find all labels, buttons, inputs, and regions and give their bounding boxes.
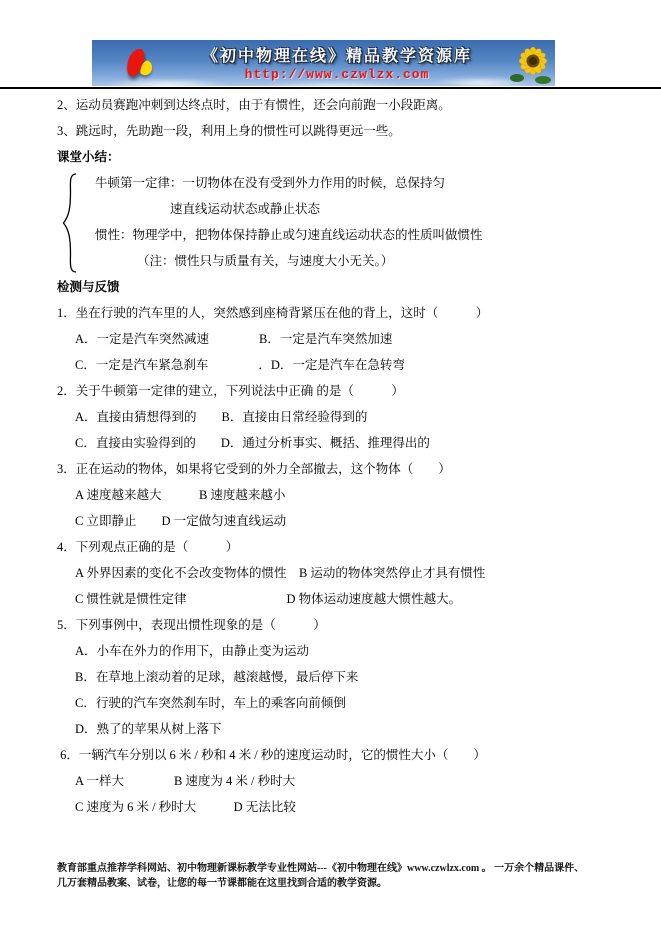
- banner-text: 《初中物理在线》精品教学资源库 http://www.czwlzx.com: [187, 43, 487, 82]
- question-stem: 4．下列观点正确的是（ ）: [57, 534, 609, 560]
- site-banner: 《初中物理在线》精品教学资源库 http://www.czwlzx.com: [92, 40, 555, 86]
- footer-line: 教育部重点推荐学科网站、初中物理新课标教学专业性网站---《初中物理在线》www…: [57, 861, 635, 876]
- footer-line: 几万套精品教案、试卷，让您的每一节课都能在这里找到合适的教学资源。: [57, 876, 635, 891]
- question-block: 5．下列事例中，表现出惯性现象的是（ ） A．小车在外力的作用下，由静止变为运动…: [57, 612, 609, 742]
- summary-line: 惯性：物理学中，把物体保持静止或匀速直线运动状态的性质叫做惯性: [95, 222, 609, 248]
- option-line: A 外界因素的变化不会改变物体的惯性 B 运动的物体突然停止才具有惯性: [57, 560, 609, 586]
- document-body: 2、运动员赛跑冲刺到达终点时，由于有惯性，还会向前跑一小段距离。 3、跳远时，先…: [57, 92, 609, 820]
- option-line: B．在草地上滚动着的足球，越滚越慢，最后停下来: [57, 664, 609, 690]
- option-line: C．一定是汽车紧急刹车 ．D．一定是汽车在急转弯: [57, 352, 609, 378]
- question-stem: 2．关于牛顿第一定律的建立，下列说法中正确 的是（ ）: [57, 378, 609, 404]
- summary-line: 牛顿第一定律：一切物体在没有受到外力作用的时候，总保持匀: [95, 170, 609, 196]
- summary-line: 速直线运动状态或静止状态: [95, 196, 609, 222]
- question-block: 2．关于牛顿第一定律的建立，下列说法中正确 的是（ ） A．直接由猜想得到的 B…: [57, 378, 609, 456]
- intro-line: 2、运动员赛跑冲刺到达终点时，由于有惯性，还会向前跑一小段距离。: [57, 92, 609, 118]
- option-line: C．直接由实验得到的 D．通过分析事实、概括、推理得出的: [57, 430, 609, 456]
- question-block: 6．一辆汽车分别以 6 米 / 秒和 4 米 / 秒的速度运动时，它的惯性大小（…: [57, 742, 609, 820]
- site-logo-icon: [122, 46, 158, 82]
- curly-brace-icon: [61, 172, 79, 274]
- intro-line: 3、跳远时，先助跑一段，利用上身的惯性可以跳得更远一些。: [57, 118, 609, 144]
- question-block: 3．正在运动的物体，如果将它受到的外力全部撤去，这个物体（ ） A 速度越来越大…: [57, 456, 609, 534]
- question-stem: 6．一辆汽车分别以 6 米 / 秒和 4 米 / 秒的速度运动时，它的惯性大小（…: [57, 742, 609, 768]
- option-line: A．一定是汽车突然减速 B．一定是汽车突然加速: [57, 326, 609, 352]
- option-line: A 速度越来越大 B 速度越来越小: [57, 482, 609, 508]
- question-block: 4．下列观点正确的是（ ） A 外界因素的变化不会改变物体的惯性 B 运动的物体…: [57, 534, 609, 612]
- banner-url-link[interactable]: http://www.czwlzx.com: [187, 67, 487, 82]
- section-heading-quiz: 检测与反馈: [57, 274, 609, 300]
- question-stem: 5．下列事例中，表现出惯性现象的是（ ）: [57, 612, 609, 638]
- option-line: D．熟了的苹果从树上落下: [57, 716, 609, 742]
- option-line: C 速度为 6 米 / 秒时大 D 无法比较: [57, 794, 609, 820]
- question-stem: 3．正在运动的物体，如果将它受到的外力全部撤去，这个物体（ ）: [57, 456, 609, 482]
- option-line: C．行驶的汽车突然刹车时，车上的乘客向前倾倒: [57, 690, 609, 716]
- option-line: C 惯性就是惯性定律 D 物体运动速度越大惯性越大。: [57, 586, 609, 612]
- horizontal-rule: [0, 87, 661, 89]
- sunflower-icon: [509, 42, 553, 86]
- section-heading-summary: 课堂小结：: [57, 144, 609, 170]
- option-line: A．小车在外力的作用下，由静止变为运动: [57, 638, 609, 664]
- summary-line: （注：惯性只与质量有关，与速度大小无关。）: [95, 248, 609, 274]
- option-line: C 立即静止 D 一定做匀速直线运动: [57, 508, 609, 534]
- question-block: 1．坐在行驶的汽车里的人，突然感到座椅背紧压在他的背上，这时（ ） A．一定是汽…: [57, 300, 609, 378]
- option-line: A．直接由猜想得到的 B．直接由日常经验得到的: [57, 404, 609, 430]
- question-stem: 1．坐在行驶的汽车里的人，突然感到座椅背紧压在他的背上，这时（ ）: [57, 300, 609, 326]
- summary-brace-block: 牛顿第一定律：一切物体在没有受到外力作用的时候，总保持匀 速直线运动状态或静止状…: [57, 170, 609, 274]
- banner-title: 《初中物理在线》精品教学资源库: [187, 43, 487, 66]
- page-footer: 教育部重点推荐学科网站、初中物理新课标教学专业性网站---《初中物理在线》www…: [57, 861, 635, 891]
- option-line: A 一样大 B 速度为 4 米 / 秒时大: [57, 768, 609, 794]
